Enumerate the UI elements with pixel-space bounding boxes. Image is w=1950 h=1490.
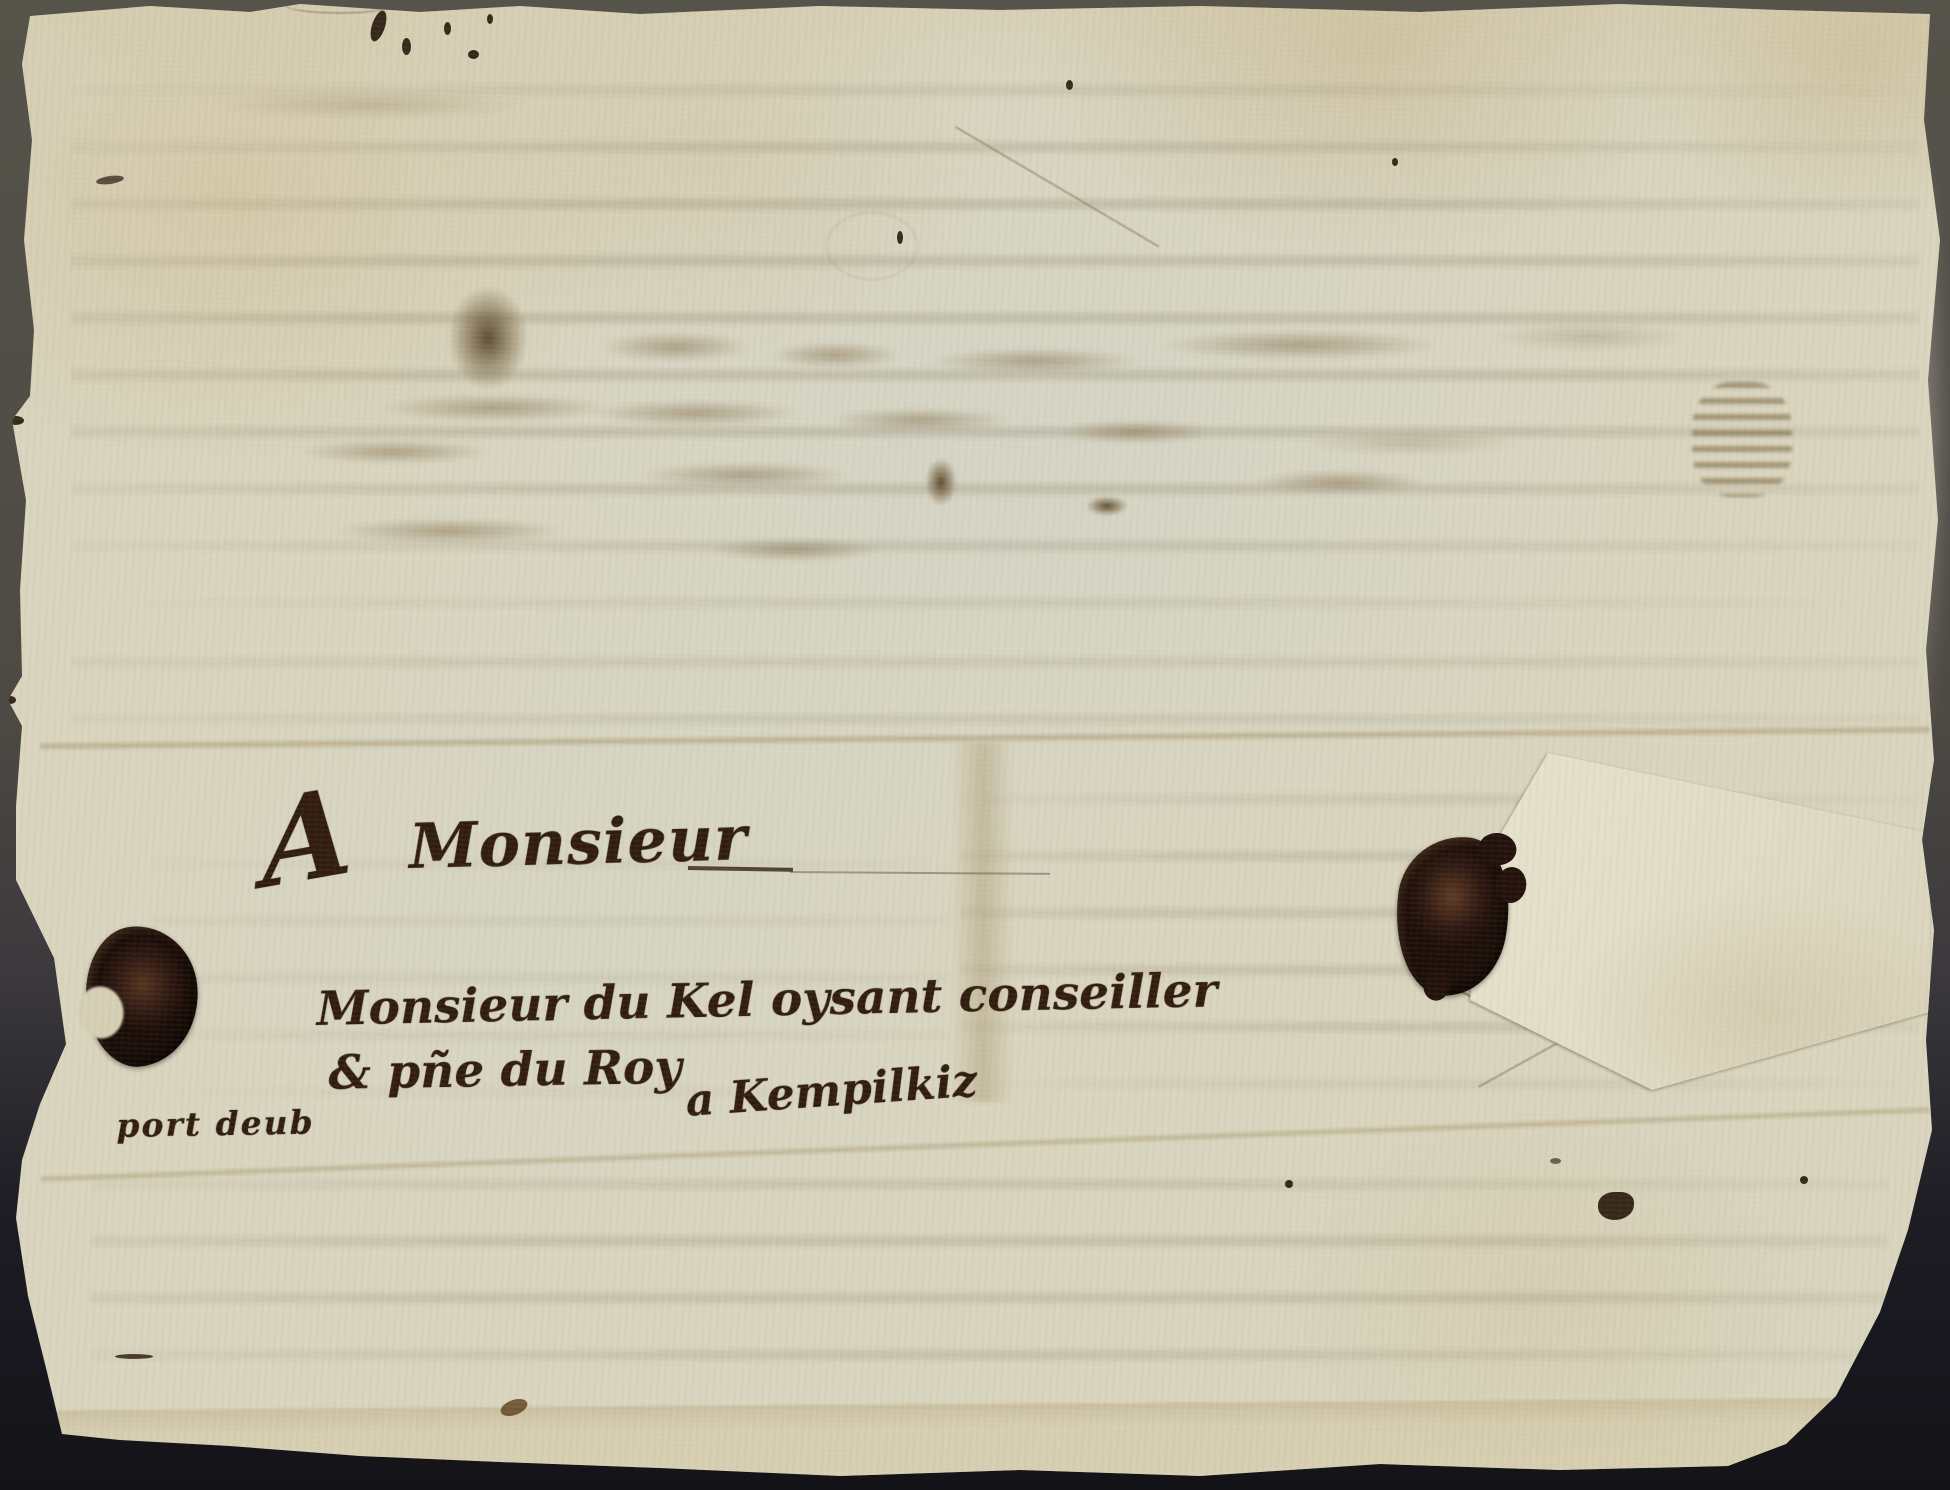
ink-fleck bbox=[402, 38, 411, 55]
ink-fleck bbox=[487, 14, 493, 24]
ink-fleck bbox=[367, 9, 389, 43]
ink-fleck bbox=[1285, 1180, 1293, 1188]
ink-smudge bbox=[710, 538, 880, 562]
fold-crease-lower bbox=[40, 1105, 1929, 1183]
ink-smudge bbox=[1255, 470, 1425, 494]
watermark-ring bbox=[826, 212, 918, 280]
ink-fleck bbox=[96, 174, 125, 186]
ink-smudge bbox=[380, 394, 610, 422]
ink-smudge bbox=[1060, 420, 1210, 444]
ink-fleck bbox=[1066, 80, 1073, 90]
address-line-2: & pñe du Roy bbox=[328, 1040, 682, 1101]
postage-note: port deub bbox=[116, 1103, 315, 1145]
ink-smudge bbox=[925, 458, 957, 506]
ink-smudge bbox=[1490, 322, 1690, 352]
ink-smudge bbox=[590, 400, 800, 426]
letter-sheet: A Monsieur Monsieur du Kel oysant consei… bbox=[0, 0, 1950, 1490]
ink-smudge bbox=[1300, 430, 1520, 456]
photo-background: A Monsieur Monsieur du Kel oysant consei… bbox=[0, 0, 1950, 1490]
address-initial: A bbox=[256, 760, 356, 915]
ink-smudge bbox=[210, 90, 530, 120]
ink-fleck bbox=[468, 50, 479, 59]
wax-seal-right-drip bbox=[1422, 969, 1451, 1002]
bottom-fold-strip bbox=[0, 1397, 1950, 1483]
ink-smudge bbox=[770, 342, 900, 368]
ink-blot-curl bbox=[1598, 1192, 1634, 1220]
scratch-line bbox=[955, 126, 1159, 248]
ink-smudge bbox=[1086, 496, 1128, 516]
ink-fleck bbox=[1800, 1176, 1808, 1184]
ink-smudge bbox=[335, 518, 565, 544]
envelope-flap bbox=[1455, 735, 1950, 1105]
ink-fleck bbox=[4, 696, 16, 704]
ink-smudge bbox=[930, 348, 1140, 374]
ink-smudge bbox=[600, 332, 750, 362]
wax-seal-left-notch bbox=[75, 984, 126, 1041]
bleedthrough-bottom bbox=[90, 1140, 1890, 1410]
ink-fleck bbox=[1550, 1158, 1561, 1164]
ink-smudge bbox=[1160, 330, 1440, 360]
ink-fleck bbox=[115, 1354, 153, 1359]
ink-fleck bbox=[1392, 158, 1398, 166]
right-margin-smudge bbox=[1692, 382, 1792, 497]
ink-fleck bbox=[444, 22, 451, 35]
ink-fleck bbox=[897, 231, 903, 244]
ink-smudge bbox=[300, 440, 490, 464]
envelope-flap-paper bbox=[1455, 735, 1950, 1105]
ink-smudge bbox=[830, 408, 1010, 432]
address-salutation: Monsieur bbox=[408, 801, 749, 883]
wax-seal-left bbox=[79, 921, 205, 1072]
ink-fleck bbox=[8, 416, 24, 425]
destination-line: a Kempilkiz bbox=[684, 1056, 979, 1127]
vertical-fold-stain bbox=[952, 742, 1014, 1102]
address-line-1: Monsieur du Kel oysant conseiller bbox=[316, 963, 1218, 1037]
ink-smudge bbox=[640, 462, 850, 488]
ink-stain-blob bbox=[448, 286, 528, 390]
